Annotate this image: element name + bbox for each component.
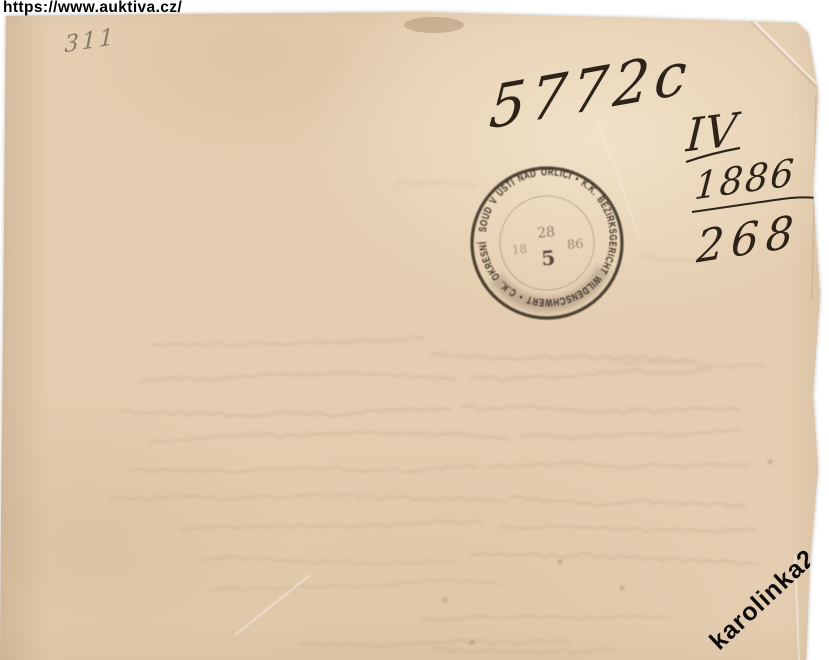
underline-year-flourish (692, 197, 816, 212)
stamp-date-day: 28 (537, 224, 556, 241)
scanned-document: 311 5772c IV 1886 268 SOUD V ÚSTÍ NAD OR… (0, 0, 829, 660)
fraction-line-under-roman (686, 148, 740, 162)
stamp-date-year-left: 18 (511, 242, 527, 257)
ink-flourishes (0, 0, 829, 660)
source-url-label: https://www.auktiva.cz/ (3, 0, 182, 17)
court-stamp: SOUD V ÚSTÍ NAD ORLICÍ • K.K. BEZIRKSGER… (458, 154, 636, 332)
stamp-date-month: 5 (540, 245, 556, 270)
stamp-date-year-right: 86 (566, 237, 584, 253)
paper-surface: 311 5772c IV 1886 268 SOUD V ÚSTÍ NAD OR… (0, 0, 829, 660)
